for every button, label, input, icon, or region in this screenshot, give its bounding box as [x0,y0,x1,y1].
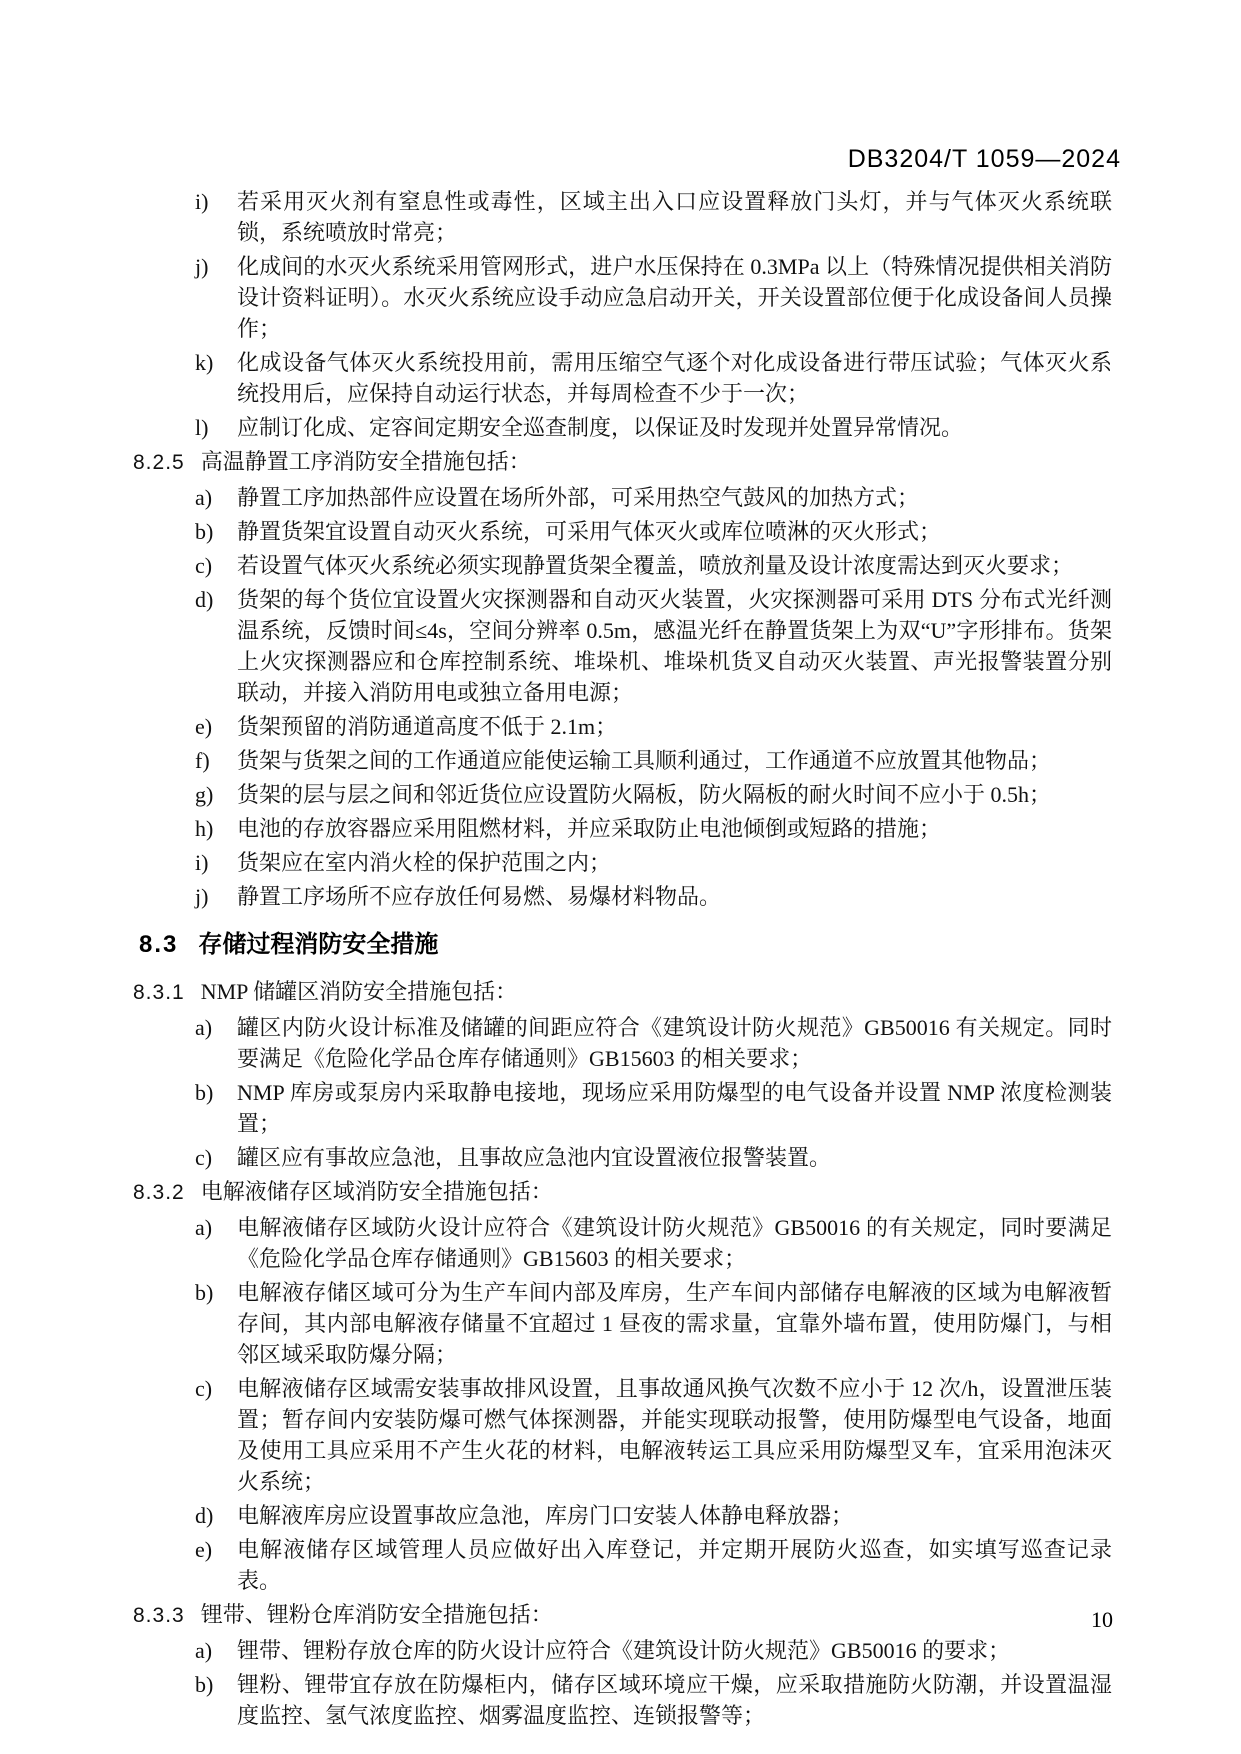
list-item: l)应制订化成、定容间定期安全巡查制度，以保证及时发现并处置异常情况。 [133,412,1112,443]
list-item: c)罐区应有事故应急池，且事故应急池内宜设置液位报警装置。 [133,1142,1112,1173]
list-item: j)化成间的水灭火系统采用管网形式，进户水压保持在 0.3MPa 以上（特殊情况… [133,251,1112,344]
list-item: b)NMP 库房或泵房内采取静电接地，现场应采用防爆型的电气设备并设置 NMP … [133,1077,1112,1139]
list-item: h)电池的存放容器应采用阻燃材料，并应采取防止电池倾倒或短路的措施； [133,813,1112,844]
list-item-label: k) [195,347,237,378]
list-item-label: c) [195,550,237,581]
list-item-text: 锂粉、锂带宜存放在防爆柜内，储存区域环境应干燥，应采取措施防火防潮，并设置温湿度… [237,1669,1112,1731]
list-item-label: b) [195,516,237,547]
list-item-label: j) [195,251,237,282]
list-item: c)若设置气体灭火系统必须实现静置货架全覆盖，喷放剂量及设计浓度需达到灭火要求； [133,550,1112,581]
list-item-text: 静置工序场所不应存放任何易燃、易爆材料物品。 [237,881,1112,912]
list-item-label: f) [195,745,237,776]
list-item-text: 静置工序加热部件应设置在场所外部，可采用热空气鼓风的加热方式； [237,482,1112,513]
clause-item-list: a)电解液储存区域防火设计应符合《建筑设计防火规范》GB50016 的有关规定，… [133,1212,1112,1596]
list-item: e)货架预留的消防通道高度不低于 2.1m； [133,711,1112,742]
list-item-label: e) [195,711,237,742]
list-item-label: a) [195,1212,237,1243]
list-item-text: 货架与货架之间的工作通道应能使运输工具顺利通过，工作通道不应放置其他物品； [237,745,1112,776]
list-item-label: a) [195,1635,237,1666]
list-item-text: 罐区内防火设计标准及储罐的间距应符合《建筑设计防火规范》GB50016 有关规定… [237,1012,1112,1074]
list-item-text: 罐区应有事故应急池，且事故应急池内宜设置液位报警装置。 [237,1142,1112,1173]
clause-item-list: a)罐区内防火设计标准及储罐的间距应符合《建筑设计防火规范》GB50016 有关… [133,1012,1112,1173]
list-item: a)锂带、锂粉存放仓库的防火设计应符合《建筑设计防火规范》GB50016 的要求… [133,1635,1112,1666]
list-item-label: a) [195,1012,237,1043]
clause-title: 高温静置工序消防安全措施包括： [201,449,531,474]
list-item: f)货架与货架之间的工作通道应能使运输工具顺利通过，工作通道不应放置其他物品； [133,745,1112,776]
clause-lead-line: 8.2.5高温静置工序消防安全措施包括： [133,446,1112,478]
clause-number: 8.3.2 [133,1181,185,1204]
list-item: g)货架的层与层之间和邻近货位应设置防火隔板，防火隔板的耐火时间不应小于 0.5… [133,779,1112,810]
clause-lead-line: 8.3.2电解液储存区域消防安全措施包括： [133,1176,1112,1208]
list-item: c)电解液储存区域需安装事故排风设置，且事故通风换气次数不应小于 12 次/h，… [133,1373,1112,1497]
section-number: 8.3 [139,931,178,958]
list-item-text: 货架预留的消防通道高度不低于 2.1m； [237,711,1112,742]
list-item-text: 货架的层与层之间和邻近货位应设置防火隔板，防火隔板的耐火时间不应小于 0.5h； [237,779,1112,810]
list-item: a)罐区内防火设计标准及储罐的间距应符合《建筑设计防火规范》GB50016 有关… [133,1012,1112,1074]
list-item: d)电解液库房应设置事故应急池，库房门口安装人体静电释放器； [133,1500,1112,1531]
list-item-text: 化成设备气体灭火系统投用前，需用压缩空气逐个对化成设备进行带压试验；气体灭火系统… [237,347,1112,409]
list-item-text: 化成间的水灭火系统采用管网形式，进户水压保持在 0.3MPa 以上（特殊情况提供… [237,251,1112,344]
page-number: 10 [1091,1604,1113,1635]
clause-item-list: a)静置工序加热部件应设置在场所外部，可采用热空气鼓风的加热方式；b)静置货架宜… [133,482,1112,912]
list-item: e)电解液储存区域管理人员应做好出入库登记，并定期开展防火巡查，如实填写巡查记录… [133,1534,1112,1596]
list-item-label: h) [195,813,237,844]
list-item-text: 静置货架宜设置自动灭火系统，可采用气体灭火或库位喷淋的灭火形式； [237,516,1112,547]
list-item-label: j) [195,881,237,912]
list-item-text: 货架的每个货位宜设置火灾探测器和自动灭火装置，火灾探测器可采用 DTS 分布式光… [237,584,1112,708]
section-heading: 8.3存储过程消防安全措施 [139,929,1112,961]
list-item: j)静置工序场所不应存放任何易燃、易爆材料物品。 [133,881,1112,912]
list-item-label: i) [195,186,237,217]
clause-item-list: a)锂带、锂粉存放仓库的防火设计应符合《建筑设计防火规范》GB50016 的要求… [133,1635,1112,1731]
list-item: b)电解液存储区域可分为生产车间内部及库房，生产车间内部储存电解液的区域为电解液… [133,1277,1112,1370]
list-item-label: b) [195,1669,237,1700]
list-item-label: l) [195,412,237,443]
list-item: d)货架的每个货位宜设置火灾探测器和自动灭火装置，火灾探测器可采用 DTS 分布… [133,584,1112,708]
list-item: k)化成设备气体灭火系统投用前，需用压缩空气逐个对化成设备进行带压试验；气体灭火… [133,347,1112,409]
list-item-text: 锂带、锂粉存放仓库的防火设计应符合《建筑设计防火规范》GB50016 的要求； [237,1635,1112,1666]
list-item-text: 电解液存储区域可分为生产车间内部及库房，生产车间内部储存电解液的区域为电解液暂存… [237,1277,1112,1370]
clause-item-list: i)若采用灭火剂有窒息性或毒性，区域主出入口应设置释放门头灯，并与气体灭火系统联… [133,186,1112,443]
list-item-label: i) [195,847,237,878]
clause-number: 8.3.3 [133,1604,185,1627]
list-item-label: d) [195,1500,237,1531]
section-title: 存储过程消防安全措施 [198,931,438,958]
document-page: DB3204/T 1059—2024 i)若采用灭火剂有窒息性或毒性，区域主出入… [0,0,1241,1754]
list-item: a)静置工序加热部件应设置在场所外部，可采用热空气鼓风的加热方式； [133,482,1112,513]
list-item-label: e) [195,1534,237,1565]
list-item-text: 货架应在室内消火栓的保护范围之内； [237,847,1112,878]
list-item-text: 电池的存放容器应采用阻燃材料，并应采取防止电池倾倒或短路的措施； [237,813,1112,844]
clause-title: NMP 储罐区消防安全措施包括： [201,979,517,1004]
clause-title: 锂带、锂粉仓库消防安全措施包括： [201,1602,553,1627]
list-item-text: 若设置气体灭火系统必须实现静置货架全覆盖，喷放剂量及设计浓度需达到灭火要求； [237,550,1112,581]
list-item: b)静置货架宜设置自动灭火系统，可采用气体灭火或库位喷淋的灭火形式； [133,516,1112,547]
clause-number: 8.2.5 [133,451,185,474]
list-item-text: NMP 库房或泵房内采取静电接地，现场应采用防爆型的电气设备并设置 NMP 浓度… [237,1077,1112,1139]
list-item: b)锂粉、锂带宜存放在防爆柜内，储存区域环境应干燥，应采取措施防火防潮，并设置温… [133,1669,1112,1731]
list-item-label: b) [195,1277,237,1308]
list-item-label: d) [195,584,237,615]
list-item-text: 应制订化成、定容间定期安全巡查制度，以保证及时发现并处置异常情况。 [237,412,1112,443]
list-item-label: g) [195,779,237,810]
list-item-label: c) [195,1373,237,1404]
list-item-label: a) [195,482,237,513]
clause-title: 电解液储存区域消防安全措施包括： [201,1179,553,1204]
list-item-text: 电解液储存区域需安装事故排风设置，且事故通风换气次数不应小于 12 次/h，设置… [237,1373,1112,1497]
list-item-text: 电解液储存区域防火设计应符合《建筑设计防火规范》GB50016 的有关规定，同时… [237,1212,1112,1274]
list-item-text: 若采用灭火剂有窒息性或毒性，区域主出入口应设置释放门头灯，并与气体灭火系统联锁，… [237,186,1112,248]
list-item: i)若采用灭火剂有窒息性或毒性，区域主出入口应设置释放门头灯，并与气体灭火系统联… [133,186,1112,248]
list-item-text: 电解液储存区域管理人员应做好出入库登记，并定期开展防火巡查，如实填写巡查记录表。 [237,1534,1112,1596]
document-body: i)若采用灭火剂有窒息性或毒性，区域主出入口应设置释放门头灯，并与气体灭火系统联… [133,186,1112,1734]
list-item: a)电解液储存区域防火设计应符合《建筑设计防火规范》GB50016 的有关规定，… [133,1212,1112,1274]
list-item-text: 电解液库房应设置事故应急池，库房门口安装人体静电释放器； [237,1500,1112,1531]
list-item-label: b) [195,1077,237,1108]
list-item: i)货架应在室内消火栓的保护范围之内； [133,847,1112,878]
clause-lead-line: 8.3.3锂带、锂粉仓库消防安全措施包括： [133,1599,1112,1631]
clause-number: 8.3.1 [133,981,185,1004]
doc-code-header: DB3204/T 1059—2024 [848,144,1121,175]
clause-lead-line: 8.3.1NMP 储罐区消防安全措施包括： [133,976,1112,1008]
list-item-label: c) [195,1142,237,1173]
